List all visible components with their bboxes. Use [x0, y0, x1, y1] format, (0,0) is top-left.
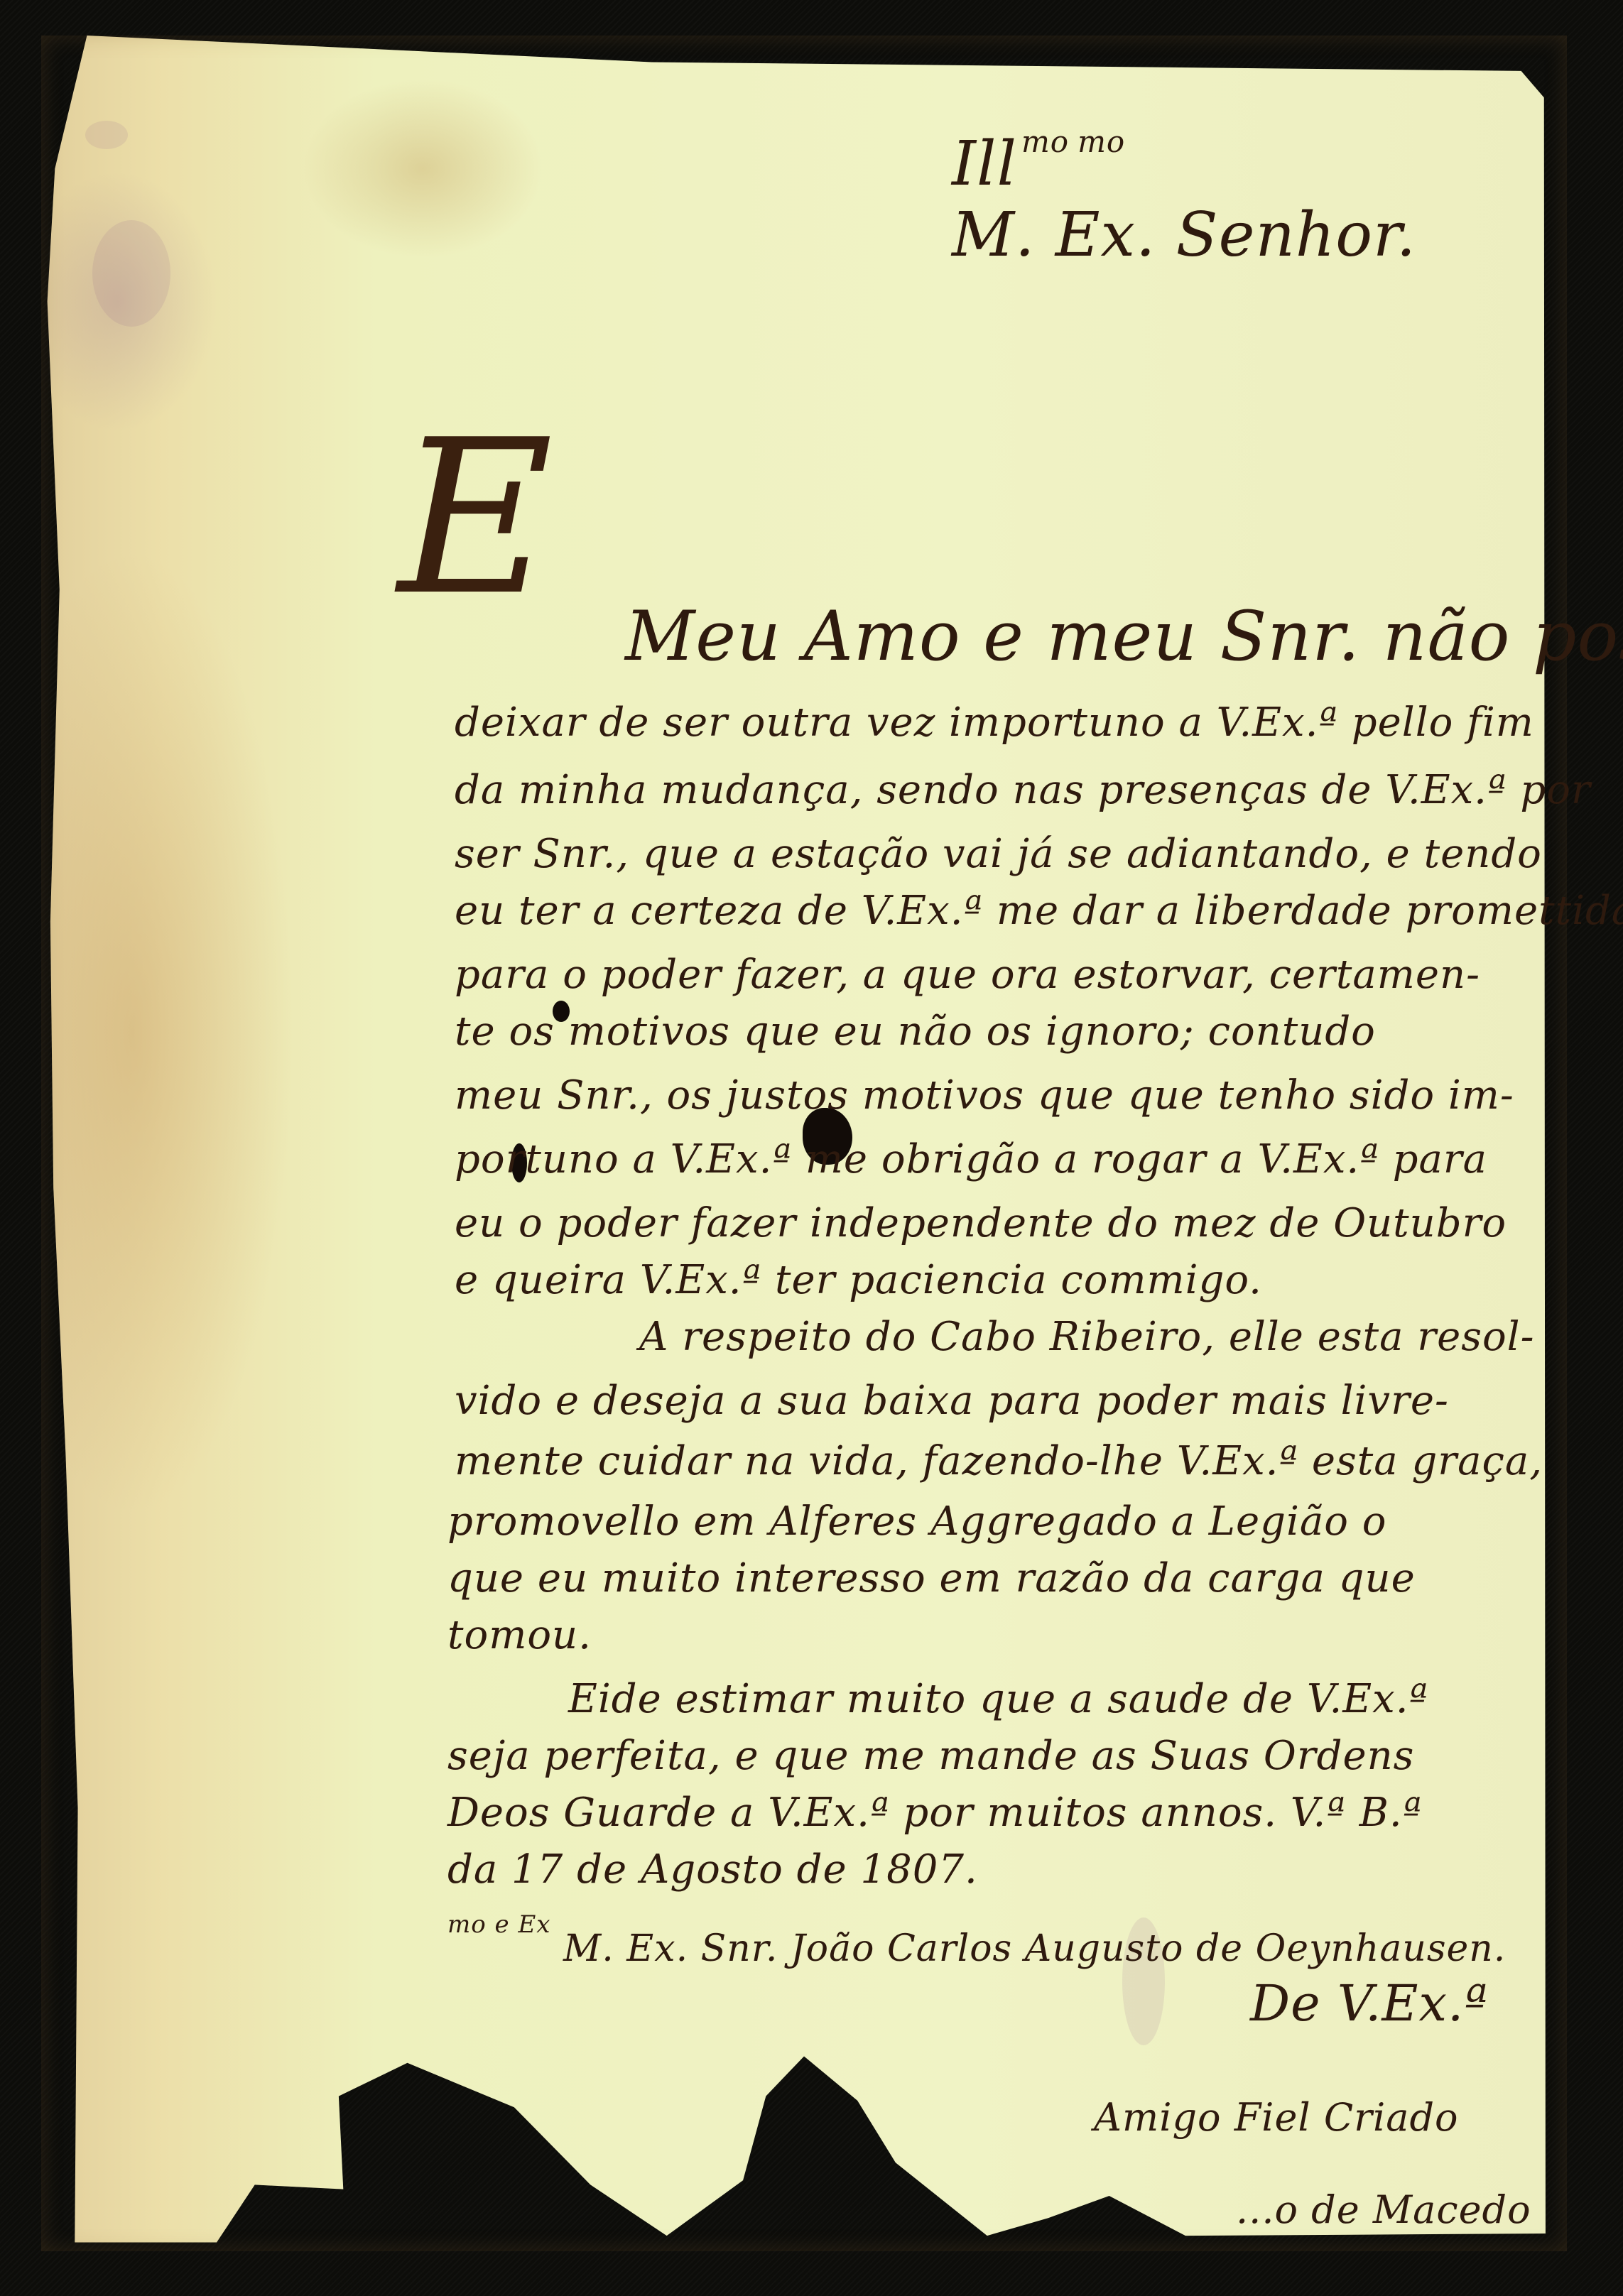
closing: De V.Ex.ª	[1250, 1974, 1488, 2033]
body-line: para o poder fazer, a que ora estorvar, …	[455, 952, 1480, 998]
body-line: Deos Guarde a V.Ex.ª por muitos annos. V…	[447, 1790, 1422, 1836]
salutation-superscript: mo	[1078, 124, 1125, 159]
decorative-initial: E	[398, 412, 553, 625]
signature-line: Amigo Fiel Criado	[1094, 2095, 1459, 2140]
body-line: tomou.	[447, 1612, 592, 1658]
ink-stain	[92, 220, 170, 327]
salutation: Illmomo M. Ex. Senhor.	[952, 124, 1416, 271]
salutation-superscript: mo	[1021, 124, 1069, 159]
body-line: promovello em Alferes Aggregado a Legião…	[447, 1498, 1387, 1545]
body-line: Eide estimar muito que a saude de V.Ex.ª	[568, 1676, 1428, 1722]
body-line: portuno a V.Ex.ª me obrigão a rogar a V.…	[455, 1136, 1487, 1182]
addressee-name: M. Ex. Snr. João Carlos Augusto de Oeynh…	[563, 1927, 1506, 1970]
body-line: vido e deseja a sua baixa para poder mai…	[455, 1378, 1449, 1424]
body-line: e queira V.Ex.ª ter paciencia commigo.	[455, 1257, 1262, 1303]
signature-line: ...o de Macedo	[1236, 2187, 1531, 2232]
salutation-title: M. Ex. Senhor.	[952, 200, 1416, 271]
salutation-prefix: Ill	[952, 129, 1017, 200]
body-line: meu Snr., os justos motivos que que tenh…	[455, 1072, 1514, 1119]
addressee-superscript: mo e Ex	[447, 1910, 550, 1939]
body-line: Meu Amo e meu Snr. não posso	[625, 597, 1623, 676]
body-line: ser Snr., que a estação vai já se adiant…	[455, 831, 1542, 877]
date-line: da 17 de Agosto de 1807.	[447, 1846, 978, 1893]
ink-stain	[85, 121, 128, 149]
body-line: eu o poder fazer independente do mez de …	[455, 1200, 1507, 1246]
body-line: da minha mudança, sendo nas presenças de…	[455, 767, 1591, 813]
body-line: te os motivos que eu não os ignoro; cont…	[455, 1008, 1376, 1055]
body-line: seja perfeita, e que me mande as Suas Or…	[447, 1733, 1414, 1779]
body-line: que eu muito interesso em razão da carga…	[447, 1555, 1416, 1601]
addressee-line: mo e Ex M. Ex. Snr. João Carlos Augusto …	[447, 1910, 1506, 1970]
body-line: mente cuidar na vida, fazendo-lhe V.Ex.ª…	[455, 1438, 1543, 1484]
body-line: A respeito do Cabo Ribeiro, elle esta re…	[639, 1314, 1535, 1360]
body-line: eu ter a certeza de V.Ex.ª me dar a libe…	[455, 888, 1623, 934]
body-line: deixar de ser outra vez importuno a V.Ex…	[455, 700, 1534, 746]
